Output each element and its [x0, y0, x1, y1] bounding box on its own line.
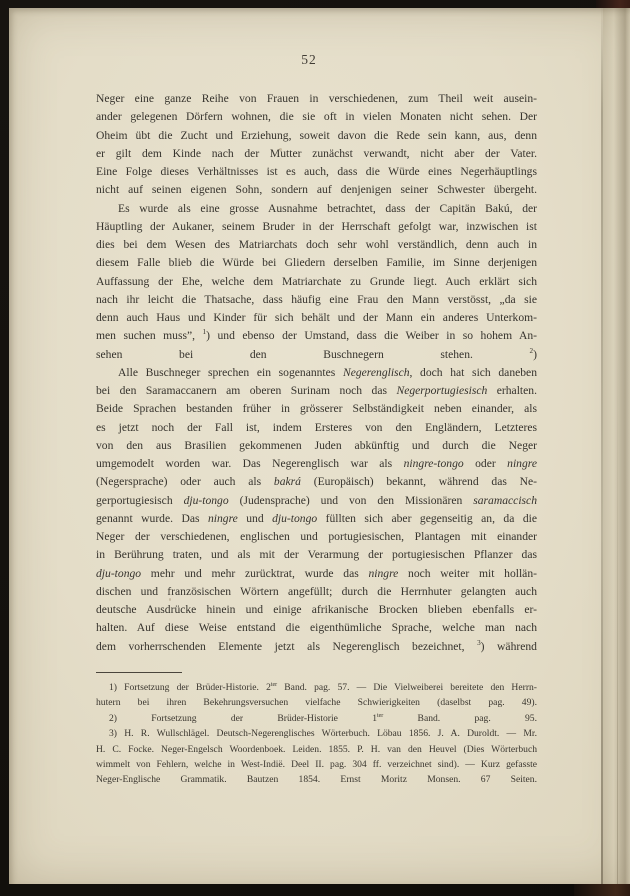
text-segment: Alle Buschneger sprechen ein sogenanntes: [118, 366, 343, 379]
text-segment: 1) Fortsetzung der Brüder-Historie. 2: [109, 682, 271, 693]
text-line: gerportugiesisch dju-tongo (Judensprache…: [96, 492, 537, 510]
text-segment: dju-tongo: [96, 567, 141, 580]
book-cover-corner-bottom: [574, 883, 630, 896]
text-segment: Beide Sprachen bestanden früher in gröss…: [96, 402, 537, 415]
text-segment: erhalten.: [487, 384, 537, 397]
text-line: deutsche Ausdrücke hinein und einige afr…: [96, 601, 537, 619]
text-line: nicht auf seinen eigenen Sohn, sondern a…: [96, 181, 537, 199]
text-segment: hutern bei ihren Bekehrungsversuchen vie…: [96, 697, 537, 708]
text-segment: Neger eine ganze Reihe von Frauen in ver…: [96, 92, 537, 105]
text-segment: nach ihr leicht die Thatsache, dass häuf…: [96, 293, 537, 306]
text-line: Neger eine ganze Reihe von Frauen in ver…: [96, 90, 537, 108]
footnote-line: 2) Fortsetzung der Brüder-Historie 1ter …: [96, 711, 537, 726]
text-segment: (Judensprache) und von den Missionären: [229, 494, 474, 507]
paper-speck: [279, 148, 282, 151]
text-segment: er gilt dem Kinde nach der Mutter zunäch…: [96, 147, 537, 160]
text-line: dies bei dem Wesen des Matriarchats doch…: [96, 236, 537, 254]
text-line: diesem Falle blieb die Würde bei Glieder…: [96, 254, 537, 272]
text-segment: diesem Falle blieb die Würde bei Glieder…: [96, 256, 537, 269]
footnote-line: 1) Fortsetzung der Brüder-Historie. 2ter…: [96, 680, 537, 695]
text-segment: denn auch Haus und Kinder für sich behäl…: [96, 311, 537, 324]
page-number: 52: [9, 52, 609, 68]
text-segment: Es wurde als eine grosse Ausnahme betrac…: [118, 202, 537, 215]
text-line: denn auch Haus und Kinder für sich behäl…: [96, 309, 537, 327]
text-line: umgemodelt worden war. Das Negerenglisch…: [96, 455, 537, 473]
text-segment: ): [533, 348, 537, 361]
text-line: dischen und französischen Wörtern angefü…: [96, 583, 537, 601]
text-segment: gerportugiesisch: [96, 494, 184, 507]
footnote-line: Neger-Englische Grammatik. Bautzen 1854.…: [96, 772, 537, 787]
text-line: in Berührung traten, und als mit der Ver…: [96, 546, 537, 564]
text-segment: dju-tongo: [272, 512, 317, 525]
text-segment: dischen und französischen Wörtern angefü…: [96, 585, 537, 598]
text-line: Beide Sprachen bestanden früher in gröss…: [96, 400, 537, 418]
text-segment: oder: [464, 457, 507, 470]
text-line: bei den Saramaccanern am oberen Surinam …: [96, 382, 537, 400]
text-line: Häuptling der Aukaner, seinem Bruder in …: [96, 218, 537, 236]
text-line: er gilt dem Kinde nach der Mutter zunäch…: [96, 145, 537, 163]
text-segment: Auffassung der Ehe, welche dem Matriarch…: [96, 275, 537, 288]
text-line: von den aus Brasilien gekommenen Juden a…: [96, 437, 537, 455]
text-line: sehen bei den Buschnegern stehen. 2): [96, 346, 537, 364]
text-segment: und: [238, 512, 272, 525]
footnote-line: hutern bei ihren Bekehrungsversuchen vie…: [96, 695, 537, 710]
text-segment: dju-tongo: [184, 494, 229, 507]
footnote-line: H. C. Focke. Neger-Engelsch Woordenboek.…: [96, 742, 537, 757]
text-segment: sehen bei den Buschnegern stehen.: [96, 348, 530, 361]
text-segment: wimmelt von Fehlern, welche in West-Indi…: [96, 759, 537, 770]
text-segment: ningre: [208, 512, 238, 525]
text-segment: ) und ebenso der Umstand, dass die Weibe…: [206, 329, 537, 342]
main-text: Neger eine ganze Reihe von Frauen in ver…: [96, 90, 537, 656]
text-segment: bakrá: [274, 475, 301, 488]
text-segment: 3) H. R. Wullschlägel. Deutsch-Negerengl…: [109, 728, 537, 739]
text-segment: Band. pag. 95.: [383, 713, 537, 724]
text-line: nach ihr leicht die Thatsache, dass häuf…: [96, 291, 537, 309]
text-segment: füllten sich aber gegenseitig an, da die: [317, 512, 537, 525]
footnotes: 1) Fortsetzung der Brüder-Historie. 2ter…: [96, 680, 537, 788]
text-segment: umgemodelt worden war. Das Negerenglisch…: [96, 457, 404, 470]
text-segment: Oheim übt die Zucht und Erziehung, sowei…: [96, 129, 537, 142]
text-line: men suchen muss”, 1) und ebenso der Umst…: [96, 327, 537, 345]
text-line: Alle Buschneger sprechen ein sogenanntes…: [96, 364, 537, 382]
text-segment: Neger-Englische Grammatik. Bautzen 1854.…: [96, 774, 537, 785]
text-line: genannt wurde. Das ningre und dju-tongo …: [96, 510, 537, 528]
text-segment: mehr und mehr zurücktrat, wurde das: [141, 567, 368, 580]
text-segment: (Europäisch) bekannt, während das Ne-: [301, 475, 537, 488]
text-segment: noch weiter mit hollän-: [398, 567, 537, 580]
text-segment: men suchen muss”,: [96, 329, 203, 342]
page-edge-stack: [603, 8, 630, 884]
text-segment: dem vorherrschenden Elemente jetzt als N…: [96, 640, 477, 653]
text-segment: ningre: [368, 567, 398, 580]
footnote-line: 3) H. R. Wullschlägel. Deutsch-Negerengl…: [96, 726, 537, 741]
footnote-line: wimmelt von Fehlern, welche in West-Indi…: [96, 757, 537, 772]
text-segment: saramaccisch: [473, 494, 537, 507]
text-segment: in Berührung traten, und als mit der Ver…: [96, 548, 537, 561]
text-segment: halten. Auf diese Weise entstand die eig…: [96, 621, 537, 634]
text-segment: Band. pag. 57. — Die Vielweiberei bereit…: [277, 682, 537, 693]
text-line: halten. Auf diese Weise entstand die eig…: [96, 619, 537, 637]
text-line: Neger der verschiedenen, englischen und …: [96, 528, 537, 546]
text-segment: ) während: [481, 640, 537, 653]
text-segment: es jetzt noch der Fall ist, indem Erster…: [96, 421, 537, 434]
text-line: Es wurde als eine grosse Ausnahme betrac…: [96, 200, 537, 218]
text-segment: ningre: [507, 457, 537, 470]
text-segment: Negerenglisch: [343, 366, 410, 379]
text-segment: ander gelegenen Dörfern wohnen, die sie …: [96, 110, 537, 123]
book-page: 52 Neger eine ganze Reihe von Frauen in …: [9, 8, 630, 884]
text-segment: von den aus Brasilien gekommenen Juden a…: [96, 439, 537, 452]
text-segment: 2) Fortsetzung der Brüder-Historie 1: [109, 713, 377, 724]
text-line: Oheim übt die Zucht und Erziehung, sowei…: [96, 127, 537, 145]
text-line: Eine Folge dieses Verhältnisses ist es a…: [96, 163, 537, 181]
page-edge-line-inner: [617, 358, 618, 884]
text-line: es jetzt noch der Fall ist, indem Erster…: [96, 419, 537, 437]
text-segment: ningre-tongo: [404, 457, 464, 470]
footnote-separator: [96, 672, 182, 673]
scanned-book-photo: 52 Neger eine ganze Reihe von Frauen in …: [0, 0, 630, 896]
text-segment: Häuptling der Aukaner, seinem Bruder in …: [96, 220, 537, 233]
text-segment: (Negersprache) oder auch als: [96, 475, 274, 488]
text-line: Auffassung der Ehe, welche dem Matriarch…: [96, 273, 537, 291]
text-segment: genannt wurde. Das: [96, 512, 208, 525]
page-edge-line: [601, 8, 603, 884]
text-segment: deutsche Ausdrücke hinein und einige afr…: [96, 603, 537, 616]
text-segment: Negerportugiesisch: [396, 384, 487, 397]
text-segment: , doch hat sich daneben: [410, 366, 537, 379]
text-segment: nicht auf seinen eigenen Sohn, sondern a…: [96, 183, 537, 196]
text-segment: Neger der verschiedenen, englischen und …: [96, 530, 537, 543]
paper-speck: [169, 598, 171, 601]
text-segment: bei den Saramaccanern am oberen Surinam …: [96, 384, 396, 397]
text-segment: H. C. Focke. Neger-Engelsch Woordenboek.…: [96, 744, 537, 755]
text-line: (Negersprache) oder auch als bakrá (Euro…: [96, 473, 537, 491]
text-line: ander gelegenen Dörfern wohnen, die sie …: [96, 108, 537, 126]
text-segment: dies bei dem Wesen des Matriarchats doch…: [96, 238, 537, 251]
text-line: dem vorherrschenden Elemente jetzt als N…: [96, 638, 537, 656]
paper-speck: [429, 308, 431, 310]
text-line: dju-tongo mehr und mehr zurücktrat, wurd…: [96, 565, 537, 583]
text-segment: Eine Folge dieses Verhältnisses ist es a…: [96, 165, 537, 178]
